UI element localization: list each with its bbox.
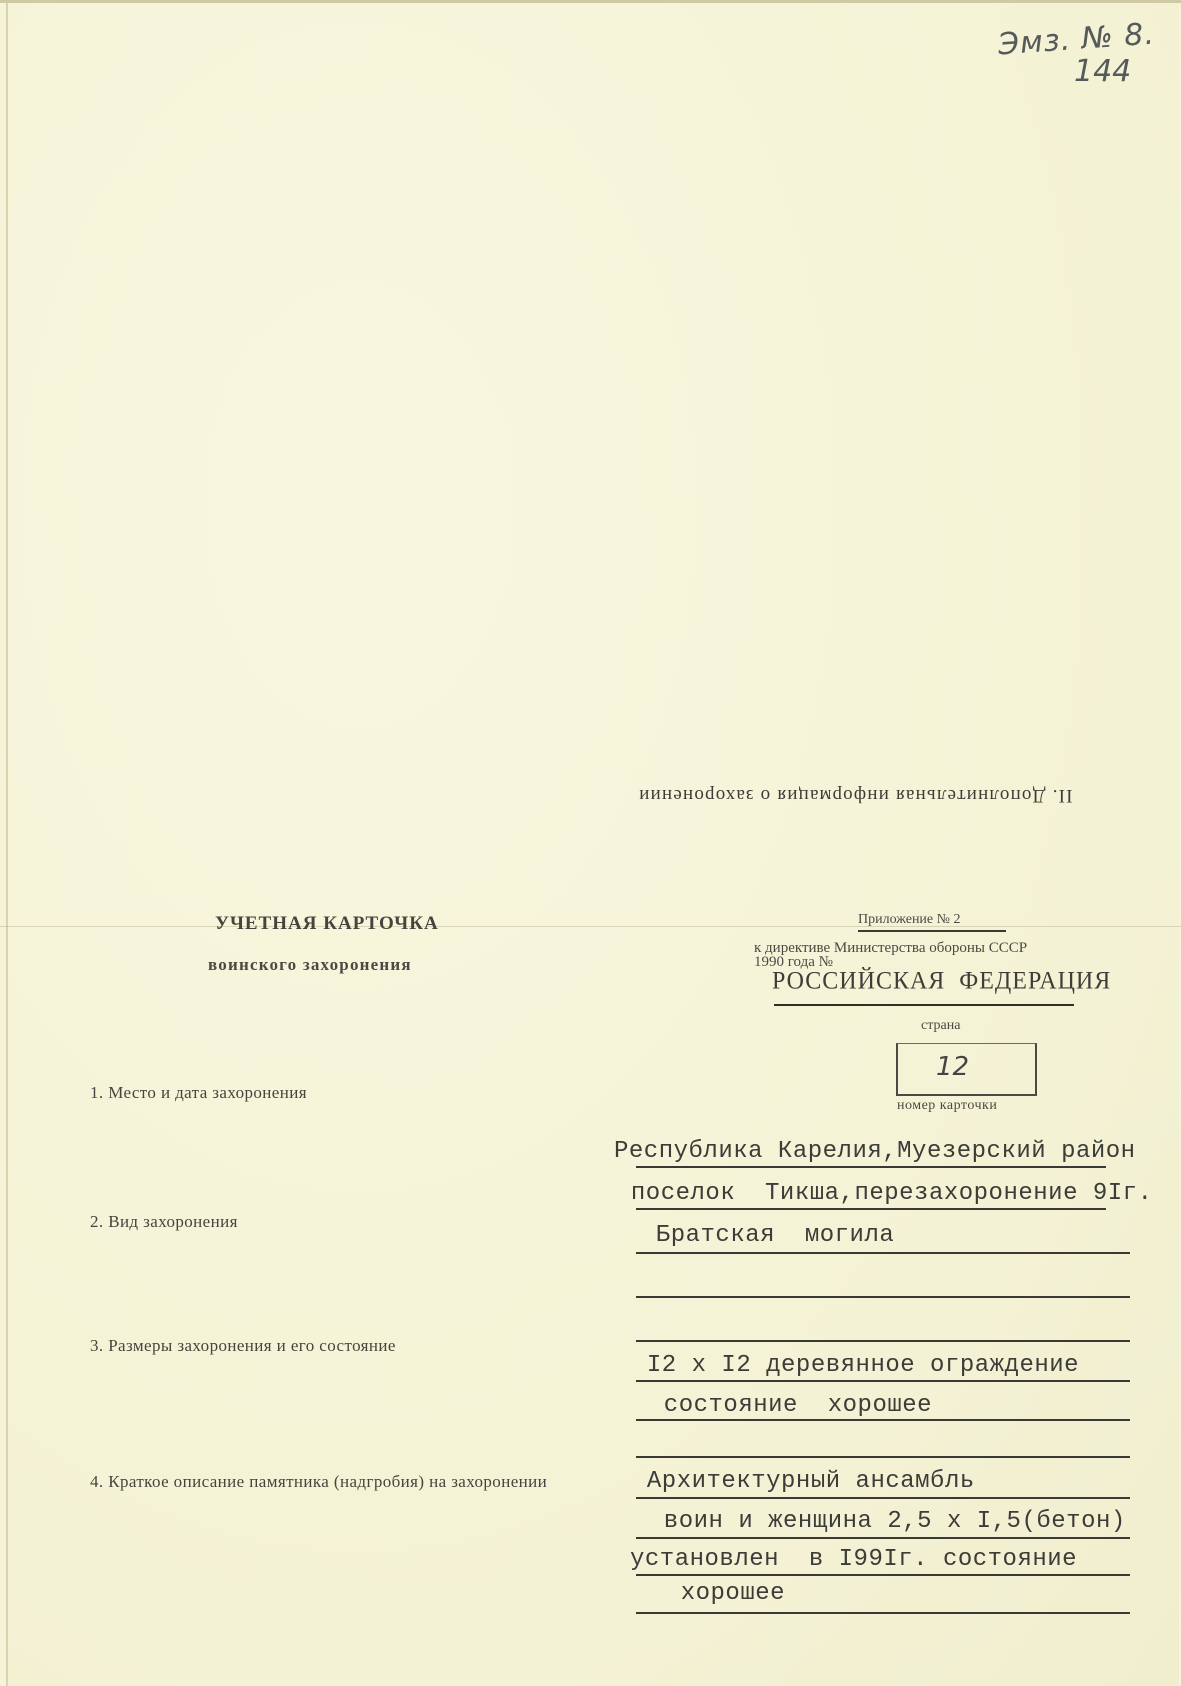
field-1-rule-2 [636,1208,1106,1210]
field-4-line-3: установлен в I99Iг. состояние [630,1546,1077,1573]
handwritten-page-number: 144 [1074,54,1131,89]
card-number-value: 12 [936,1052,969,1082]
field-3-line-1: I2 x I2 деревянное ограждение [632,1352,1079,1379]
field-2-line-1: Братская могила [626,1222,894,1249]
appendix-underline [858,930,1006,932]
field-label-burial-size-condition: 3. Размеры захоронения и его состояние [90,1336,396,1356]
field-label-monument-description: 4. Краткое описание памятника (надгробия… [90,1472,590,1491]
field-1-line-1: Республика Карелия,Муезерский район [614,1138,1136,1165]
field-4-rule-3 [636,1574,1130,1576]
field-1-line-2: поселок Тикша,перезахоронение 9Iг. [616,1180,1152,1207]
country-value: РОССИЙСКАЯ ФЕДЕРАЦИЯ [772,967,1111,995]
field-4-rule-4 [636,1612,1130,1614]
country-underline [774,1004,1074,1006]
field-4-line-1: Архитектурный ансамбль [632,1468,975,1495]
field-2-rule-1 [636,1252,1130,1254]
card-title: УЧЕТНАЯ КАРТОЧКА [215,913,439,935]
field-4-rule-1 [636,1497,1130,1499]
paper-top-edge [0,0,1181,3]
field-4-line-4: хорошее [636,1580,785,1607]
field-4-rule-2 [636,1537,1130,1539]
field-3-line-2: состояние хорошее [634,1392,932,1419]
appendix-label: Приложение № 2 [858,912,961,928]
country-caption: страна [921,1018,960,1034]
card-subtitle: воинского захоронения [208,955,412,975]
field-3-rule-3 [636,1456,1130,1458]
card-number-caption: номер карточки [897,1098,997,1114]
directive-line-1: к директиве Министерства обороны СССР [754,941,1027,955]
field-2-rule-2 [636,1296,1130,1298]
paper-sheet [6,0,1179,1686]
field-3-rule-1 [636,1380,1130,1382]
directive-reference: к директиве Министерства обороны СССР 19… [754,941,1027,969]
field-2-rule-3 [636,1340,1130,1342]
field-3-rule-2 [636,1419,1130,1421]
field-1-rule-1 [636,1166,1106,1168]
field-4-line-2: воин и женщина 2,5 x I,5(бетон) [634,1508,1126,1535]
fold-crease [0,926,1181,927]
field-label-burial-type: 2. Вид захоронения [90,1212,238,1232]
field-label-burial-place-date: 1. Место и дата захоронения [90,1083,307,1103]
flipped-section-heading: II. Дополнительная информация о захороне… [638,784,1073,806]
